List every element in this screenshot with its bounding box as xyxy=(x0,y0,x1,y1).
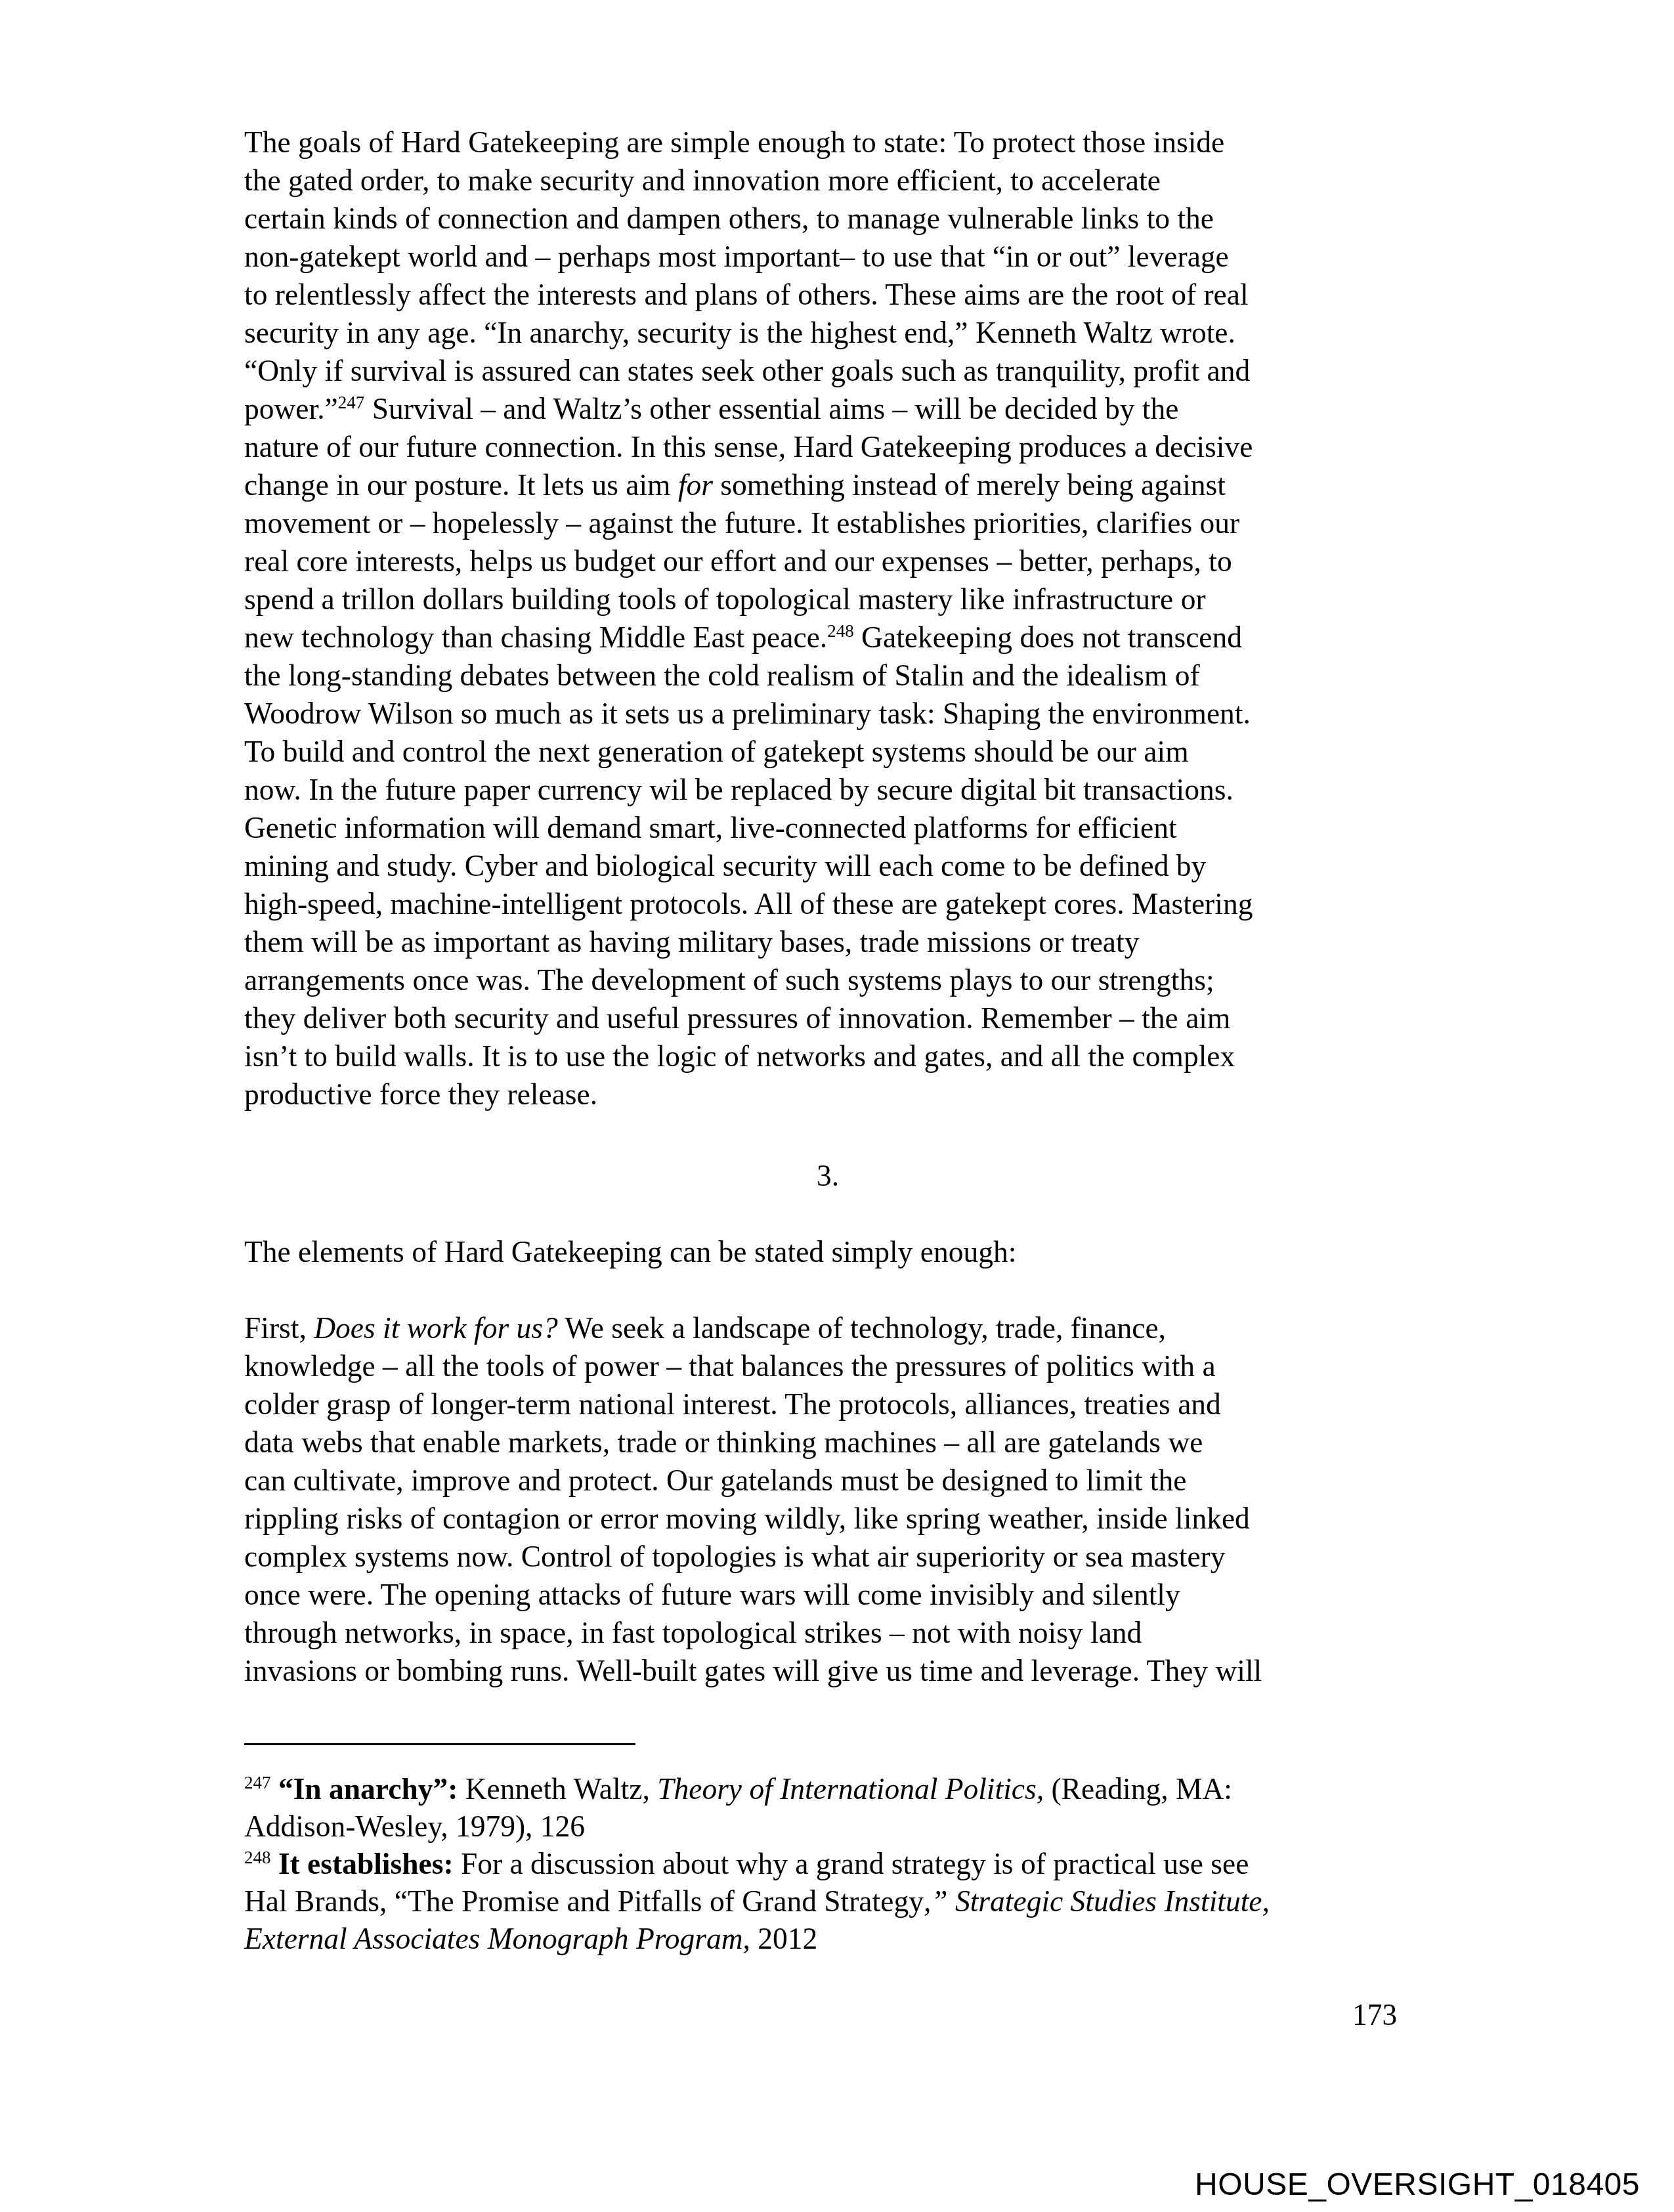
emphasis: for xyxy=(678,468,713,502)
text-line: mining and study. Cyber and biological s… xyxy=(244,847,1419,885)
text-line: to relentlessly affect the interests and… xyxy=(244,276,1419,314)
text-line: Woodrow Wilson so much as it sets us a p… xyxy=(244,695,1419,733)
text-line: high-speed, machine-intelligent protocol… xyxy=(244,885,1419,923)
footnotes: 247 “In anarchy”: Kenneth Waltz, Theory … xyxy=(244,1770,1270,1957)
section-heading-number: 3. xyxy=(817,1157,839,1195)
text-line: complex systems now. Control of topologi… xyxy=(244,1538,1262,1576)
footnote-248-continued: Hal Brands, “The Promise and Pitfalls of… xyxy=(244,1882,1270,1920)
footnote-247: 247 “In anarchy”: Kenneth Waltz, Theory … xyxy=(244,1770,1270,1808)
text-line: non-gatekept world and – perhaps most im… xyxy=(244,238,1419,276)
emphasis-question: Does it work for us? xyxy=(314,1311,558,1345)
text-line: spend a trillon dollars building tools o… xyxy=(244,580,1419,618)
text-line: To build and control the next generation… xyxy=(244,733,1419,771)
footnote-separator xyxy=(244,1743,635,1745)
section-intro-sentence: The elements of Hard Gatekeeping can be … xyxy=(244,1233,1016,1271)
text-line: security in any age. “In anarchy, securi… xyxy=(244,314,1419,352)
paragraph-first-element: First, Does it work for us? We seek a la… xyxy=(244,1309,1262,1690)
text-line: can cultivate, improve and protect. Our … xyxy=(244,1462,1262,1500)
text-line: the long-standing debates between the co… xyxy=(244,657,1419,695)
main-body-text: The goals of Hard Gatekeeping are simple… xyxy=(244,123,1419,1114)
text-line: now. In the future paper currency wil be… xyxy=(244,771,1419,809)
text-line: real core interests, helps us budget our… xyxy=(244,542,1419,580)
text-line: certain kinds of connection and dampen o… xyxy=(244,200,1419,238)
text-line: them will be as important as having mili… xyxy=(244,923,1419,961)
paragraph-goals: The goals of Hard Gatekeeping are simple… xyxy=(244,123,1419,1114)
text-line: isn’t to build walls. It is to use the l… xyxy=(244,1037,1419,1075)
footnote-248-continued: External Associates Monograph Program, 2… xyxy=(244,1920,1270,1957)
text-line: The goals of Hard Gatekeeping are simple… xyxy=(244,123,1419,162)
footnote-ref-247[interactable]: 247 xyxy=(338,393,365,412)
footnote-247-continued: Addison-Wesley, 1979), 126 xyxy=(244,1808,1270,1845)
text-line: rippling risks of contagion or error mov… xyxy=(244,1500,1262,1538)
text-line: once were. The opening attacks of future… xyxy=(244,1576,1262,1614)
footnote-ref-248[interactable]: 248 xyxy=(827,621,854,641)
text-line: movement or – hopelessly – against the f… xyxy=(244,504,1419,542)
text-line: Genetic information will demand smart, l… xyxy=(244,809,1419,847)
text-line: invasions or bombing runs. Well-built ga… xyxy=(244,1652,1262,1690)
text-line: colder grasp of longer-term national int… xyxy=(244,1385,1262,1423)
text-line: “Only if survival is assured can states … xyxy=(244,352,1419,390)
text-line: the gated order, to make security and in… xyxy=(244,162,1419,200)
text-line: knowledge – all the tools of power – tha… xyxy=(244,1347,1262,1385)
footnote-248: 248 It establishes: For a discussion abo… xyxy=(244,1845,1270,1882)
text-line: new technology than chasing Middle East … xyxy=(244,618,1419,657)
text-line: they deliver both security and useful pr… xyxy=(244,999,1419,1037)
text-line: through networks, in space, in fast topo… xyxy=(244,1614,1262,1652)
text-line: data webs that enable markets, trade or … xyxy=(244,1423,1262,1462)
text-line: change in our posture. It lets us aim fo… xyxy=(244,466,1419,504)
text-line: First, Does it work for us? We seek a la… xyxy=(244,1309,1262,1347)
text-line: power.”247 Survival – and Waltz’s other … xyxy=(244,390,1419,428)
text-line: arrangements once was. The development o… xyxy=(244,961,1419,999)
bates-stamp: HOUSE_OVERSIGHT_018405 xyxy=(1195,2167,1640,2203)
page-number: 173 xyxy=(1352,1996,1397,2034)
text-line: productive force they release. xyxy=(244,1075,1419,1114)
text-line: nature of our future connection. In this… xyxy=(244,428,1419,466)
